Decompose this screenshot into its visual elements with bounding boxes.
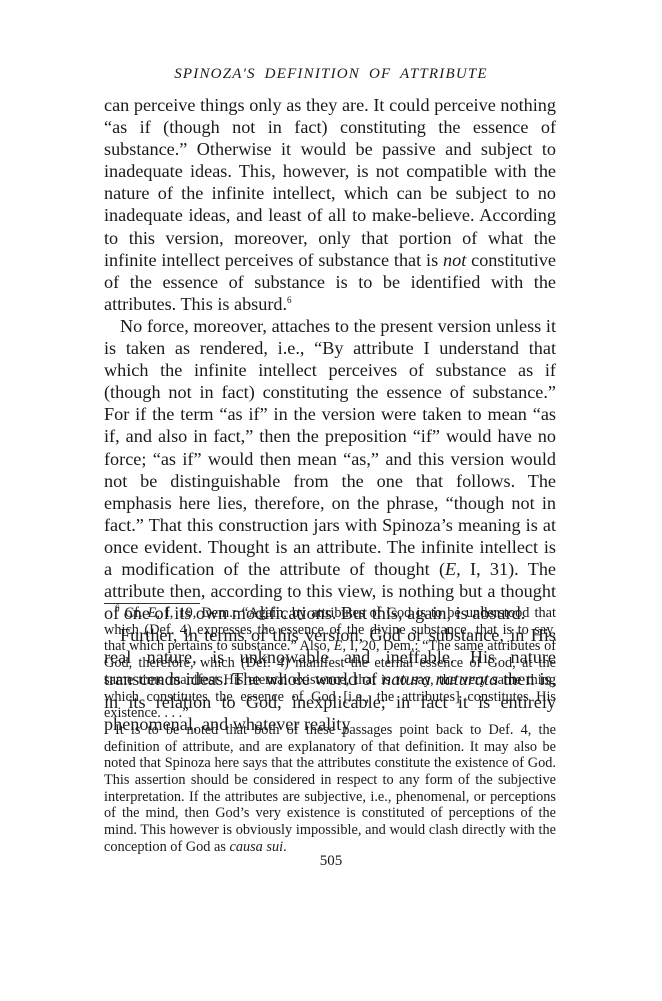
footnote-6: 6 Cf. E, I, 19, Dem.: “Again, by attribu… [104, 605, 556, 722]
page-number: 505 [0, 853, 662, 870]
citation-abbrev: E, [445, 559, 461, 579]
citation-abbrev: E, [334, 638, 346, 654]
footnote-continuation: It is to be noted that both of these pas… [104, 722, 556, 856]
citation-abbrev: E, [148, 605, 160, 621]
paragraph-text: No force, moreover, attaches to the pres… [104, 316, 556, 579]
footnotes: 6 Cf. E, I, 19, Dem.: “Again, by attribu… [104, 605, 556, 856]
emphasis: not [443, 250, 466, 270]
paragraph-2: No force, moreover, attaches to the pres… [104, 315, 556, 624]
footnote-text: It is to be noted that both of these pas… [104, 722, 556, 855]
footnote-reference[interactable]: 6 [287, 295, 292, 305]
footnote-text: Cf. [120, 605, 148, 621]
paragraph-1: can perceive things only as they are. It… [104, 94, 556, 315]
paragraph-text: can perceive things only as they are. It… [104, 95, 556, 270]
running-head: SPINOZA'S DEFINITION OF ATTRIBUTE [0, 66, 662, 83]
